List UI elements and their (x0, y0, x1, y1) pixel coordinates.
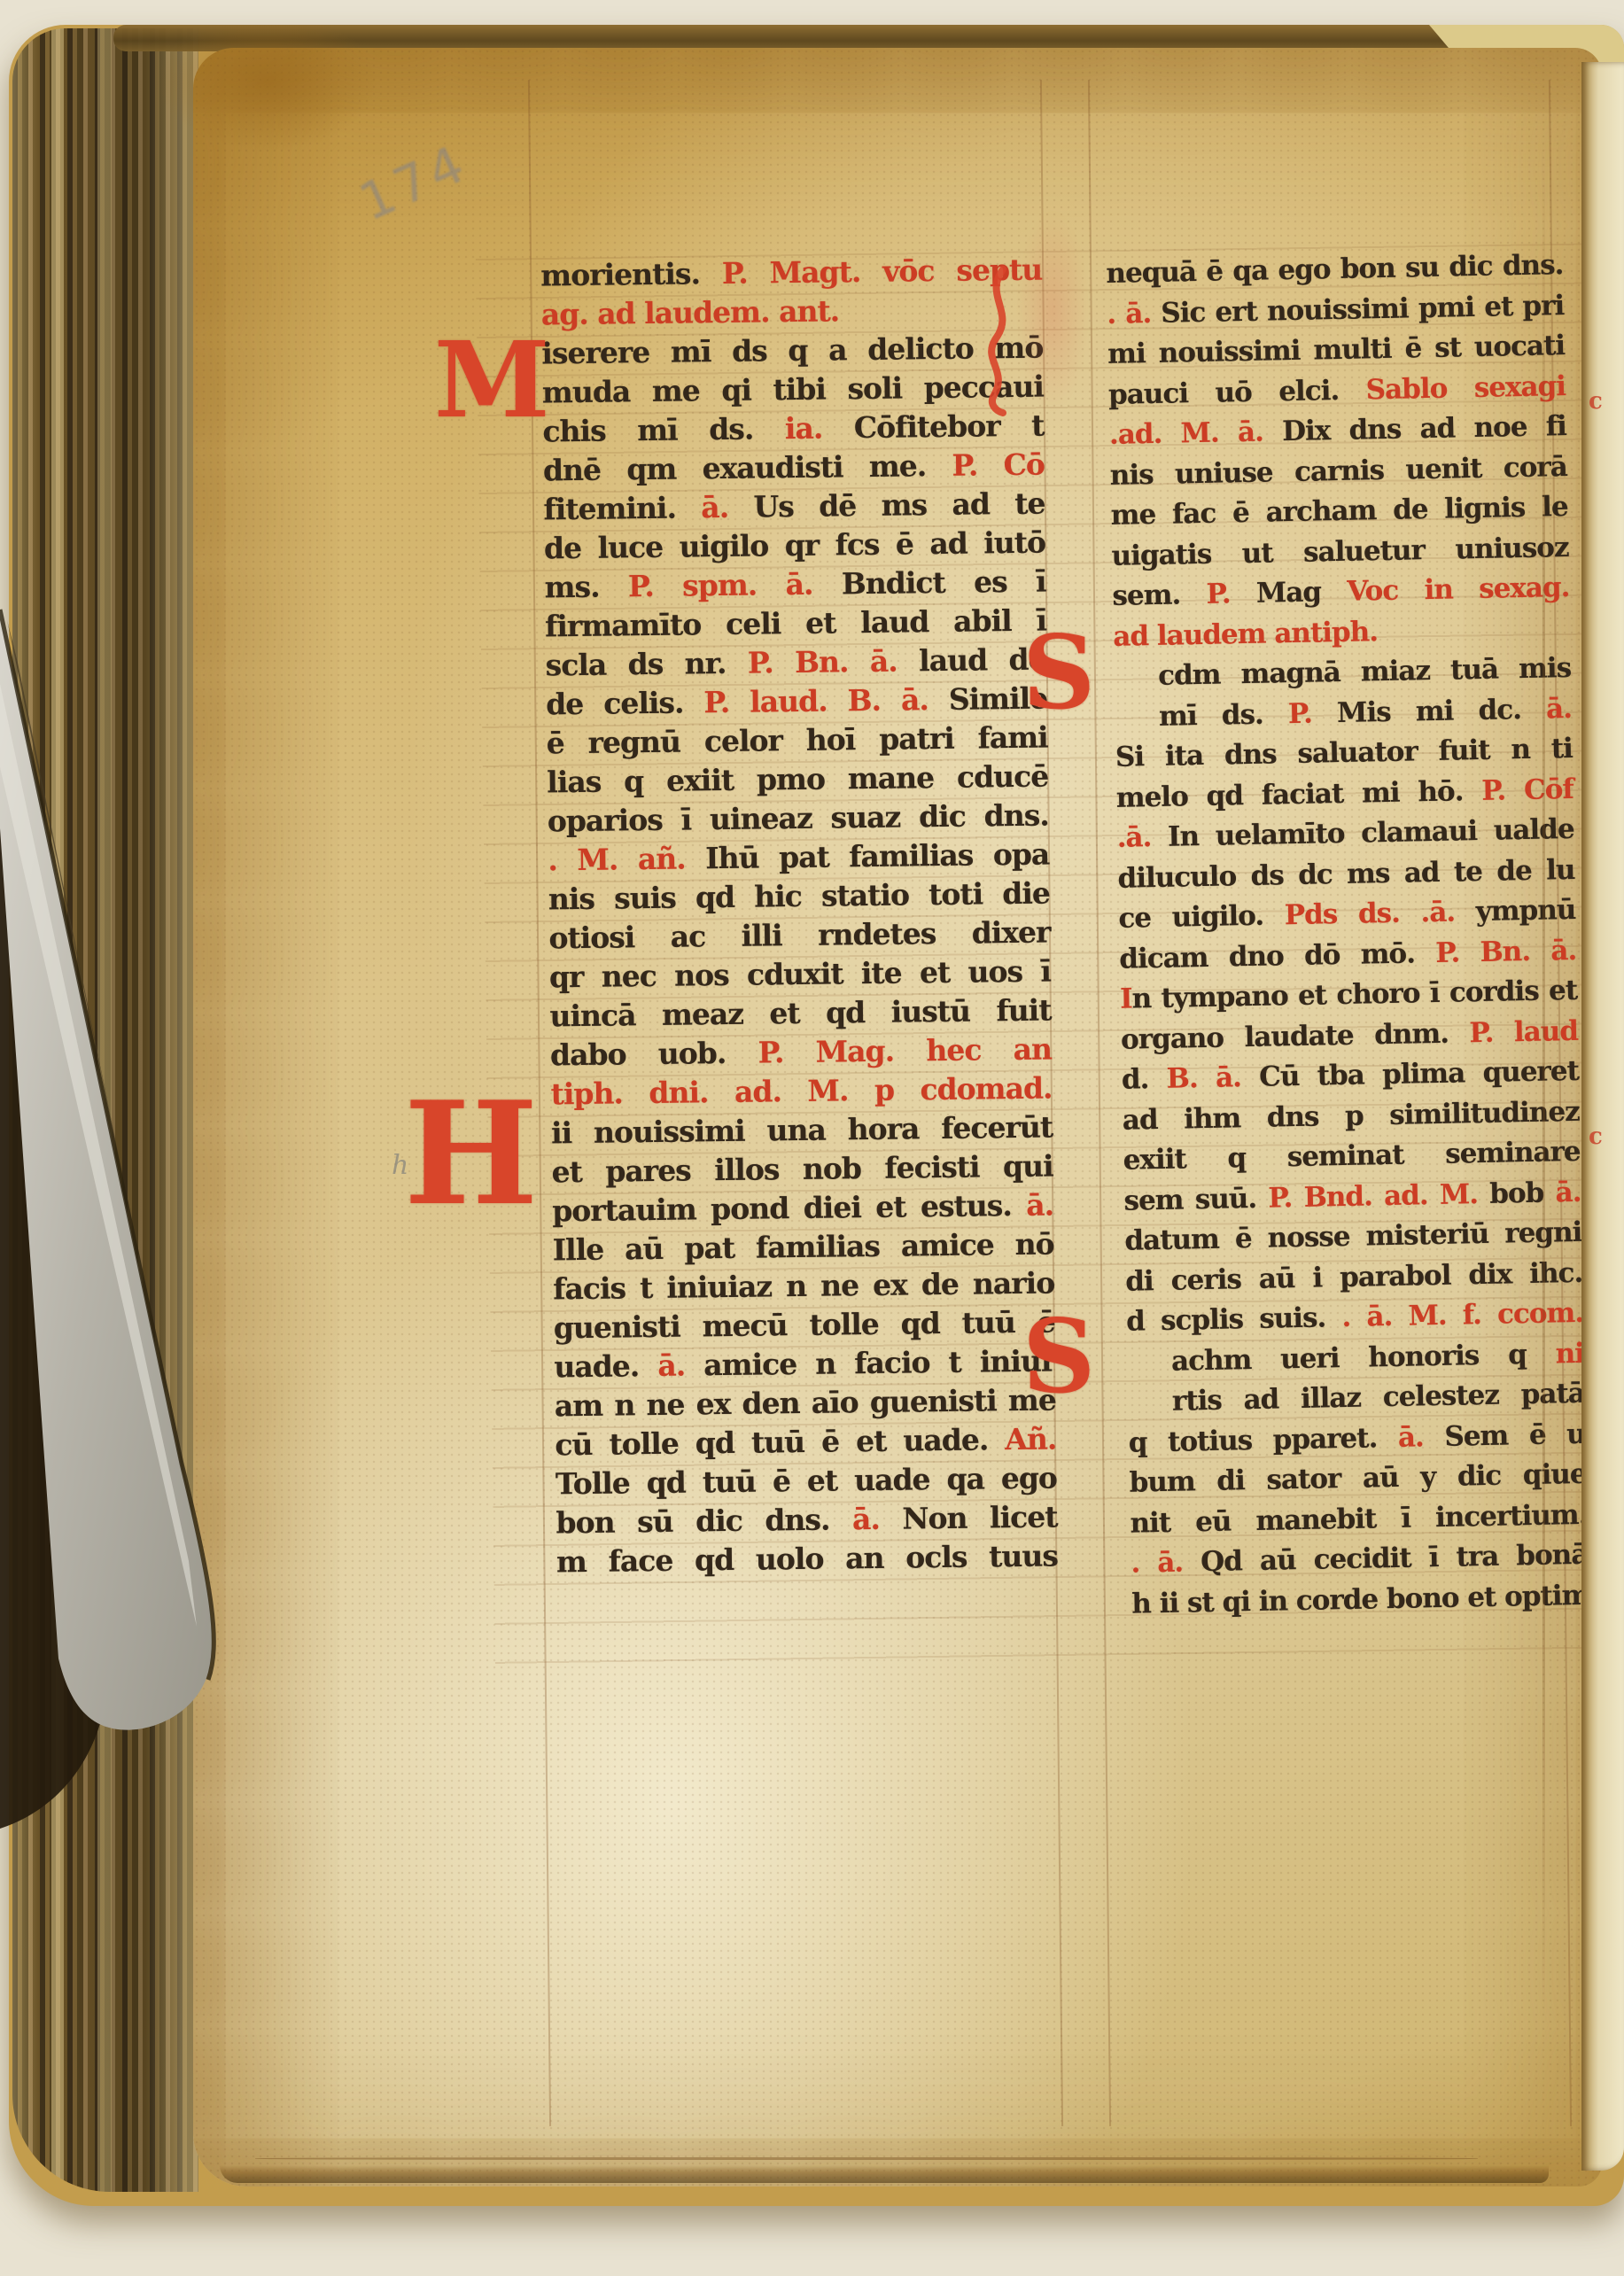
text-line: scla ds nr. P. Bn. ā. laud dō (545, 641, 1046, 686)
rubric-text: Sablo sexagi (1365, 370, 1566, 406)
rubric-text: P. Bnd. ad. M. (1268, 1177, 1490, 1214)
ink-text: h ii st qi in corde bono et optimo (1131, 1579, 1607, 1620)
text-line: Ille aū pat familias amice nō (552, 1224, 1053, 1270)
rubric-text: tiph. dni. ad. M. p cdomad. (550, 1070, 1052, 1111)
rubric-text: ā. (1555, 1176, 1581, 1208)
ink-text: Non licet (902, 1499, 1058, 1535)
ink-text: iserere mī ds q a delicto mō (541, 330, 1043, 371)
red-ink-offset-stain (1017, 209, 1088, 413)
text-line: bon sū dic dns. ā. Non licet (556, 1497, 1057, 1542)
ink-text: me fac ē archam de lignis le (1110, 491, 1568, 532)
ink-text: sem. (1112, 579, 1207, 612)
text-column-left: morientis. P. Magt. vōc septuag. ad laud… (540, 251, 1058, 1582)
page-bottom-edge (220, 2165, 1549, 2183)
text-line: dnē qm exaudisti me. P. Cō (543, 446, 1045, 491)
text-line: cū tolle qd tuū ē et uade. Añ. (555, 1419, 1056, 1464)
ink-text: ympnū (1475, 894, 1575, 928)
text-line: et pares illos nob fecisti qui (551, 1146, 1053, 1192)
text-line: de celis. P. laud. B. ā. Simile (546, 680, 1047, 725)
ink-text: rtis ad illaz celestez patā (1172, 1378, 1586, 1418)
ink-text: bon sū dic dns. (556, 1502, 852, 1540)
ink-text: mī ds. (1159, 698, 1289, 733)
ink-text: nis suis qd hic statio toti die (548, 875, 1050, 916)
ink-text: achm ueri honoris q (1171, 1338, 1556, 1377)
ink-text: mi nouissimi multi ē st uocati (1107, 330, 1566, 370)
rubric-text: .ā. (1116, 821, 1168, 854)
text-line: ē regnū celor hoī patri fami (546, 719, 1047, 764)
text-line: oparios ī uineaz suaz dic dns. (548, 796, 1049, 841)
ink-text: d scplis suis. (1126, 1301, 1342, 1338)
ink-text: m face qd uolo an ocls tuus (556, 1538, 1058, 1579)
text-line: guenisti mecū tolle qd tuū ē (554, 1302, 1055, 1348)
ink-text: muda me qi tibi soli peccaui (542, 369, 1044, 410)
ink-text: dabo uob. (550, 1036, 758, 1073)
ink-text: firmamīto celi et laud abil ī (545, 603, 1046, 644)
ink-text: cdm magnā miaz tuā mis (1158, 652, 1572, 692)
ink-text: ce uigilo. (1118, 899, 1285, 935)
rubric-initial-S: S (1022, 627, 1095, 719)
text-line: uade. ā. amice n facio t iniur (554, 1341, 1055, 1387)
ink-text: sem suū. (1123, 1182, 1269, 1216)
ink-text: amice n facio t iniur (703, 1343, 1056, 1382)
text-line: portauim pond diei et estus. ā. (552, 1185, 1053, 1231)
text-line: fitemini. ā. Us dē ms ad te (543, 485, 1045, 530)
rubric-text: ā. (852, 1502, 903, 1537)
ink-text: chis mī ds. (542, 411, 785, 448)
ink-text: nis uniuse carnis uenit corā (1109, 451, 1567, 492)
rubric-text: ā. (657, 1348, 703, 1383)
ink-text: q totius pparet. (1128, 1421, 1398, 1458)
rubric-text: . M. añ. (548, 841, 705, 877)
text-line: ms. P. spm. ā. Bndict es ī (544, 563, 1045, 608)
page-bottom-edge-line (255, 2157, 1478, 2160)
ink-text: Us dē ms ad te (753, 486, 1045, 524)
ink-text: bum di sator aū y dic qiue (1129, 1458, 1587, 1499)
text-line: lias q exiit pmo mane cducē (547, 757, 1048, 802)
rubric-text: P. laud. B. ā. (703, 682, 949, 719)
ink-text: facis t iniuiaz n ne ex de nario (553, 1265, 1054, 1306)
rubric-text: P. Cōf (1481, 773, 1573, 806)
fore-edge-red-mark: c (1589, 388, 1603, 415)
ink-text: fitemini. (543, 490, 701, 526)
text-line: Tolle qd tuū ē et uade qa ego (556, 1458, 1057, 1503)
ink-text: scla ds nr. (545, 646, 748, 683)
ink-text: exiit q seminat seminare (1123, 1136, 1581, 1177)
rubric-text: P. Bn. ā. (1435, 934, 1577, 968)
ink-text: uade. (554, 1348, 657, 1384)
rubric-text: ad laudem antiph. (1113, 616, 1378, 653)
ink-text: d. (1122, 1063, 1167, 1096)
text-line: ag. ad laudem. ant. (541, 290, 1043, 335)
rubric-text: Añ. (1005, 1421, 1057, 1456)
rubric-text: I (1120, 983, 1132, 1015)
text-line: qr nec nos cduxit ite et uos ī (549, 952, 1051, 997)
ink-text: organo laudate dnm. (1121, 1017, 1470, 1056)
ink-text: cū tolle qd tuū ē et uade. (555, 1422, 1005, 1462)
rubric-text: P. Mag. hec an (758, 1031, 1052, 1069)
manuscript-photo: { "photo": { "scene": "opened medieval m… (0, 0, 1624, 2276)
rubric-text: P. Bn. ā. (748, 643, 920, 680)
ink-text: Si ita dns saluator fuit n ti (1115, 733, 1573, 773)
text-line: morientis. P. Magt. vōc septu (540, 251, 1042, 296)
ink-text: dnē qm exaudisti me. (543, 448, 952, 488)
text-line: dabo uob. P. Mag. hec an (550, 1029, 1052, 1075)
rubric-text: . ā. (1107, 297, 1162, 330)
rubric-text: Pds ds. .ā. (1284, 896, 1476, 931)
ink-text: Sem ē u (1444, 1418, 1586, 1452)
ink-text: Mis mi dc. (1337, 693, 1547, 729)
text-line: otiosi ac illi rndetes dixer (548, 913, 1050, 958)
ink-text: de celis. (546, 685, 704, 721)
ink-text: pauci uō elci. (1108, 374, 1366, 411)
ink-text: In uelamīto clamaui ualde (1168, 813, 1574, 853)
rubric-text: P. spm. ā. (628, 566, 842, 603)
page-crease (1542, 154, 1545, 2015)
rubric-text: . ā. (1131, 1546, 1201, 1580)
text-line: m face qd uolo an ocls tuus (556, 1536, 1058, 1581)
ink-text: Mag (1256, 576, 1348, 610)
ink-text: datum ē nosse misteriū regni (1124, 1216, 1582, 1257)
ink-text: melo qd faciat mi hō. (1115, 774, 1481, 813)
text-line: iserere mī ds q a delicto mō (541, 329, 1043, 374)
text-line: uincā meaz et qd iustū fuit (549, 990, 1051, 1036)
ink-text: Ihū pat familias opa (705, 836, 1050, 875)
rubric-text: ā. (701, 490, 754, 525)
ink-text: Sic ert nouissimi pmi et pri (1161, 290, 1565, 330)
text-line: ii nouissimi una hora fecerūt (551, 1107, 1053, 1153)
ink-text: ad ihm dns p similitudinez (1122, 1095, 1580, 1136)
text-line: chis mī ds. ia. Cōfitebor t (542, 407, 1044, 452)
rubric-initial-S: S (1022, 1311, 1095, 1402)
text-line: nis suis qd hic statio toti die (548, 874, 1050, 919)
ink-text: ē regnū celor hoī patri fami (546, 720, 1047, 761)
book: 174 morientis. P. Magt. vōc septuag. ad … (9, 25, 1624, 2206)
rubric-text: B. ā. (1166, 1061, 1259, 1095)
ink-text: ms. (544, 569, 628, 604)
ink-text: uigatis ut saluetur uniusoz (1111, 531, 1569, 571)
ink-text: de luce uigilo qr fcs ē ad iutō (544, 525, 1045, 566)
ink-text: di ceris aū i parabol dix ihc. (1125, 1256, 1583, 1297)
ink-text: portauim pond diei et estus. (552, 1188, 1027, 1229)
ink-text: morientis. (540, 256, 722, 292)
manuscript-page: 174 morientis. P. Magt. vōc septuag. ad … (193, 48, 1602, 2187)
rubric-text: ā. (1546, 692, 1573, 725)
ink-text: oparios ī uineaz suaz dic dns. (548, 797, 1049, 838)
ink-text: Qd aū cecidit ī tra bonā (1201, 1539, 1589, 1578)
ink-text: nequā ē qa ego bon su dic dns. (1106, 249, 1564, 290)
ink-text: Cū tba plima queret (1259, 1055, 1579, 1093)
ink-text: Tolle qd tuū ē et uade qa ego (556, 1460, 1057, 1501)
guide-letter: h (392, 1150, 408, 1181)
ink-text: uincā meaz et qd iustū fuit (549, 992, 1051, 1033)
rubric-text: P. (1288, 697, 1338, 730)
ink-text: am n ne ex den aīo guenisti me (555, 1382, 1056, 1423)
text-line: . M. añ. Ihū pat familias opa (548, 835, 1049, 880)
ink-text: et pares illos nob fecisti qui (551, 1148, 1053, 1189)
ink-text: dicam dno dō mō. (1119, 936, 1436, 975)
ink-text: n tympano et choro ī cordis et (1131, 975, 1577, 1015)
ink-text: otiosi ac illi rndetes dixer (548, 914, 1050, 955)
ink-text: ii nouissimi una hora fecerūt (551, 1109, 1053, 1150)
rubric-text: .ad. M. ā. (1109, 416, 1283, 451)
rubric-text: ni (1555, 1337, 1584, 1370)
ink-text: bob (1489, 1177, 1556, 1209)
ink-text: Dix dns ad noe fi (1282, 410, 1566, 447)
rubric-text: ag. ad laudem. ant. (541, 293, 840, 331)
rubric-text: P. Cō (952, 447, 1045, 483)
text-line: tiph. dni. ad. M. p cdomad. (550, 1068, 1052, 1114)
rubric-initial-M: M (434, 333, 550, 427)
text-column-right: nequā ē qa ego bon su dic dns.. ā. Sic e… (1106, 245, 1589, 1625)
ink-text: diluculo ds dc ms ad te de lu (1117, 853, 1575, 894)
rubric-text: P. (1206, 578, 1256, 610)
ink-text: qr nec nos cduxit ite et uos ī (549, 953, 1051, 994)
ink-text: lias q exiit pmo mane cducē (547, 758, 1048, 799)
rubric-text: . ā. M. f. ccom. (1341, 1297, 1583, 1333)
ink-text: guenisti mecū tolle qd tuū ē (554, 1304, 1055, 1345)
ink-text: Ille aū pat familias amice nō (552, 1226, 1053, 1267)
text-line: firmamīto celi et laud abil ī (545, 602, 1046, 647)
next-pages-fore-edge: cc (1581, 62, 1624, 2171)
rubric-text: Voc in sexag. (1347, 571, 1570, 608)
text-line: de luce uigilo qr fcs ē ad iutō (544, 524, 1045, 569)
rubric-initial-H: H (404, 1090, 538, 1217)
fore-edge-red-mark: c (1589, 1123, 1603, 1150)
ink-text: nit eū manebit ī incertium. (1130, 1498, 1588, 1539)
ink-text: Bndict es ī (842, 564, 1046, 602)
text-line: facis t iniuiaz n ne ex de nario (553, 1263, 1054, 1309)
text-line: am n ne ex den aīo guenisti me (555, 1380, 1056, 1425)
rubric-text: ā. (1026, 1187, 1053, 1222)
text-line: muda me qi tibi soli peccaui (542, 368, 1044, 413)
rubric-text: P. laud (1469, 1014, 1578, 1048)
rubric-text: ia. (785, 410, 854, 446)
rubric-text: ā. (1398, 1420, 1445, 1453)
